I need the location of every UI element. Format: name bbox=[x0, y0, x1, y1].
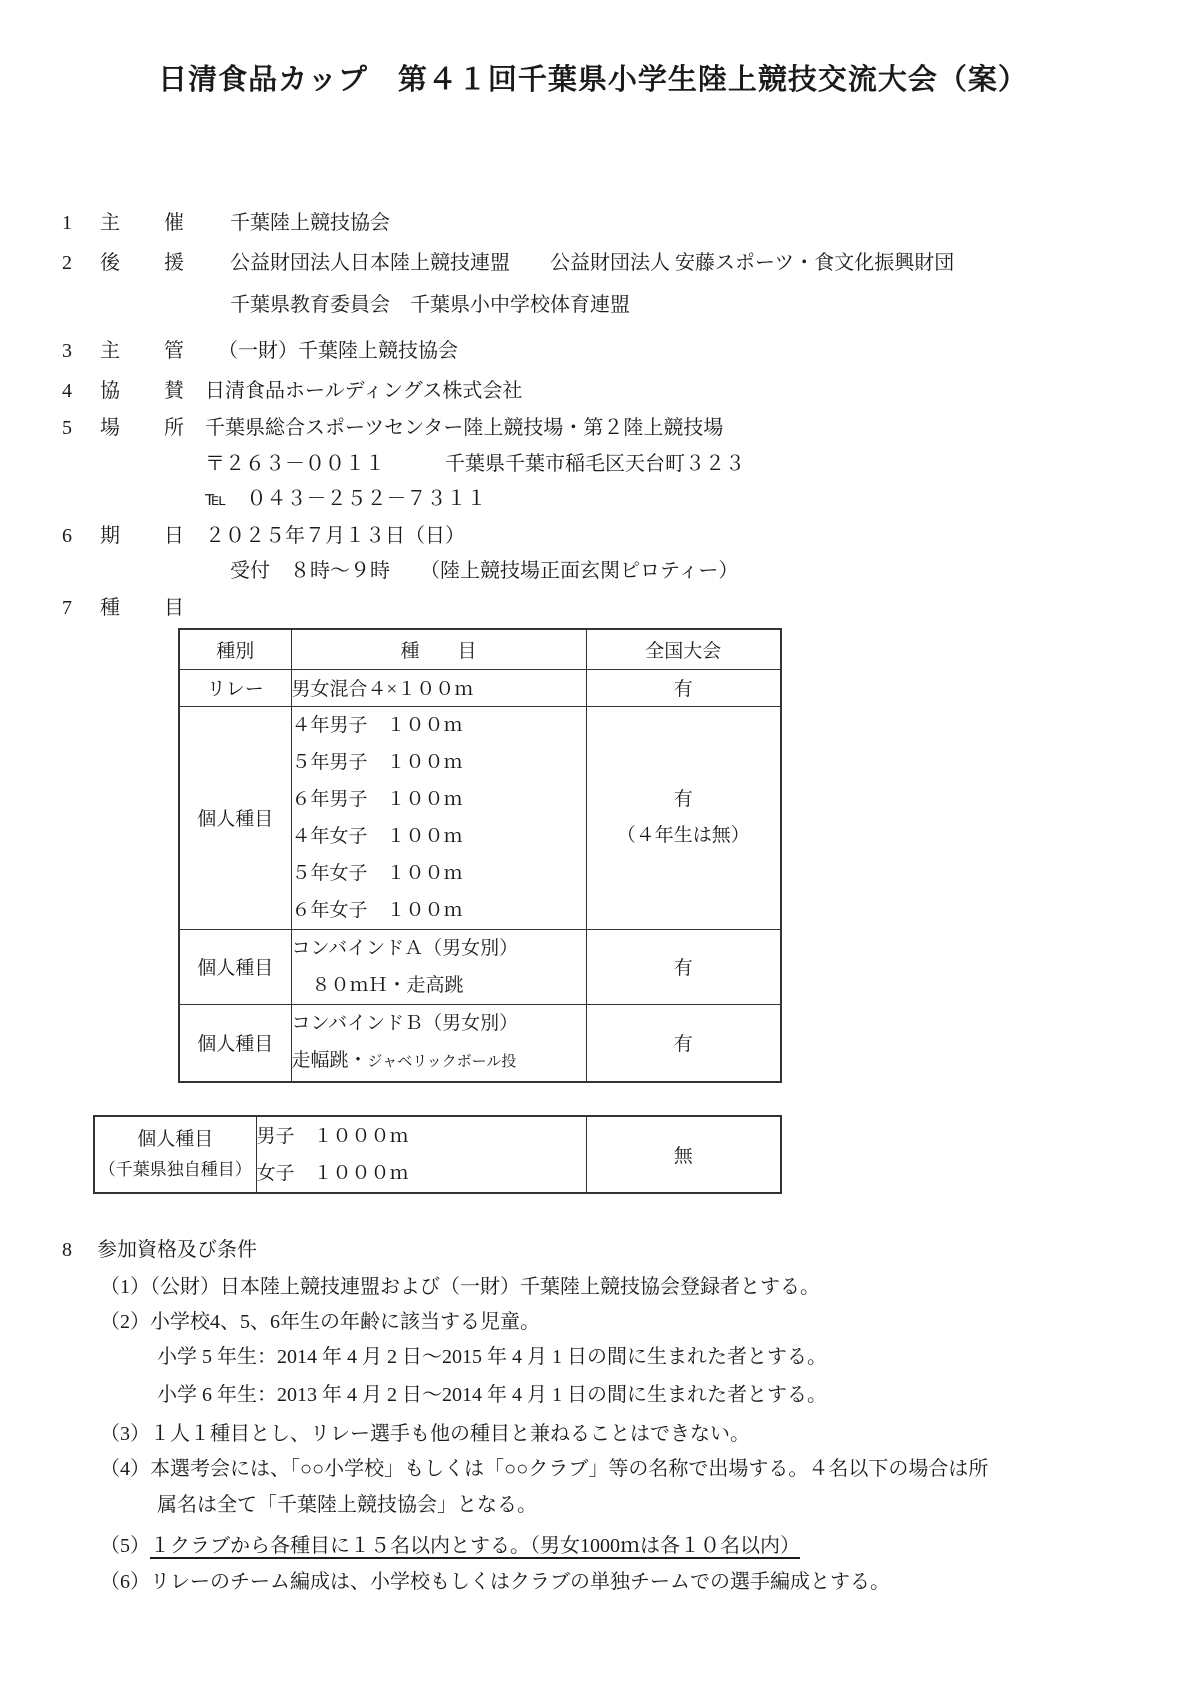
item-1-number: 1 bbox=[62, 210, 72, 236]
chiba-row: 個人種目 （千葉県独自種目） 男子 １０００ｍ 女子 １０００ｍ 無 bbox=[94, 1116, 781, 1193]
combined-a-events: コンバインドＡ（男女別） ８０ｍＨ・走高跳 bbox=[291, 929, 586, 1004]
condition-6: （6）リレーのチーム編成は、小学校もしくはクラブの単独チームでの選手編成とする。 bbox=[100, 1569, 890, 1595]
condition-1-text: （公財）日本陸上競技連盟および（一財）千葉陸上競技協会登録者とする。 bbox=[150, 1276, 820, 1298]
doc-title: 日清食品カップ 第４１回千葉県小学生陸上競技交流大会（案） bbox=[0, 57, 1186, 98]
item-6-label-1: 期 bbox=[100, 523, 120, 549]
chiba-event-girls: 女子 １０００ｍ bbox=[257, 1155, 586, 1192]
item-1-label-2: 催 bbox=[164, 210, 184, 236]
condition-6-text: リレーのチーム編成は、小学校もしくはクラブの単独チームでの選手編成とする。 bbox=[150, 1571, 890, 1593]
header-national: 全国大会 bbox=[586, 629, 781, 669]
header-category: 種別 bbox=[179, 629, 291, 669]
chiba-category: 個人種目 bbox=[95, 1125, 256, 1155]
events-table-header-row: 種別 種 目 全国大会 bbox=[179, 629, 781, 669]
combined-b-line1: コンバインドＢ（男女別） bbox=[292, 1005, 586, 1042]
item-5-label-1: 場 bbox=[100, 415, 120, 441]
sprint-event: ６年女子 １００ｍ bbox=[292, 892, 586, 929]
item-2-label-1: 後 bbox=[100, 250, 120, 276]
chiba-category-cell: 個人種目 （千葉県独自種目） bbox=[94, 1116, 256, 1193]
condition-1-marker: （1） bbox=[100, 1276, 150, 1298]
condition-3-text: １人１種目とし、リレー選手も他の種目と兼ねることはできない。 bbox=[150, 1423, 750, 1445]
relay-event: 男女混合４×１００ｍ bbox=[291, 669, 586, 706]
sprint-event: ６年男子 １００ｍ bbox=[292, 781, 586, 818]
condition-1: （1）（公財）日本陸上競技連盟および（一財）千葉陸上競技協会登録者とする。 bbox=[100, 1274, 820, 1300]
condition-6-marker: （6） bbox=[100, 1571, 150, 1593]
condition-2: （2）小学校4、5、6年生の年齢に該当する児童。 bbox=[100, 1309, 540, 1335]
condition-2-text: 小学校4、5、6年生の年齢に該当する児童。 bbox=[150, 1311, 540, 1333]
sprints-category: 個人種目 bbox=[179, 706, 291, 929]
combined-a-line2: ８０ｍＨ・走高跳 bbox=[292, 967, 586, 1004]
item-5-address: 〒２６３－００１１ 千葉県千葉市稲毛区天台町３２３ bbox=[205, 451, 745, 477]
sprint-event: ５年男子 １００ｍ bbox=[292, 744, 586, 781]
condition-4-continuation: 属名は全て「千葉陸上競技協会」となる。 bbox=[157, 1492, 537, 1518]
relay-national: 有 bbox=[586, 669, 781, 706]
item-2-number: 2 bbox=[62, 250, 72, 276]
document-page: 日清食品カップ 第４１回千葉県小学生陸上競技交流大会（案） 1 主 催 千葉陸上… bbox=[0, 0, 1186, 1691]
item-7-number: 7 bbox=[62, 595, 72, 621]
item-1-value: 千葉陸上競技協会 bbox=[230, 210, 390, 236]
chiba-event-boys: 男子 １０００ｍ bbox=[257, 1118, 586, 1155]
sprints-events: ４年男子 １００ｍ ５年男子 １００ｍ ６年男子 １００ｍ ４年女子 １００ｍ … bbox=[291, 706, 586, 929]
combined-b-line2: 走幅跳・ジャベリックボール投 bbox=[292, 1042, 586, 1081]
combined-b-line2-main: 走幅跳・ bbox=[292, 1050, 368, 1071]
item-1-label-1: 主 bbox=[100, 210, 120, 236]
combined-a-row: 個人種目 コンバインドＡ（男女別） ８０ｍＨ・走高跳 有 bbox=[179, 929, 781, 1004]
condition-5-text: １クラブから各種目に１５名以内とする。（男女1000ｍは各１０名以内） bbox=[150, 1535, 800, 1557]
item-7-label-1: 種 bbox=[100, 595, 120, 621]
combined-a-category: 個人種目 bbox=[179, 929, 291, 1004]
item-3-label-1: 主 bbox=[100, 338, 120, 364]
sprint-event: ５年女子 １００ｍ bbox=[292, 855, 586, 892]
relay-category: リレー bbox=[179, 669, 291, 706]
events-table: 種別 種 目 全国大会 リレー 男女混合４×１００ｍ 有 個人種目 ４年男子 １… bbox=[178, 628, 782, 1083]
condition-4-marker: （4） bbox=[100, 1458, 150, 1480]
item-2-label-2: 援 bbox=[164, 250, 184, 276]
item-3-value: （一財）千葉陸上競技協会 bbox=[218, 338, 458, 364]
chiba-events-table: 個人種目 （千葉県独自種目） 男子 １０００ｍ 女子 １０００ｍ 無 bbox=[93, 1115, 782, 1194]
sprints-national: 有 bbox=[587, 782, 781, 818]
item-3-number: 3 bbox=[62, 338, 72, 364]
item-5-label-2: 所 bbox=[164, 415, 184, 441]
combined-b-category: 個人種目 bbox=[179, 1004, 291, 1082]
item-4-value: 日清食品ホールディングス株式会社 bbox=[205, 378, 522, 404]
combined-a-national: 有 bbox=[586, 929, 781, 1004]
item-2-value: 公益財団法人日本陸上競技連盟 公益財団法人 安藤スポーツ・食文化振興財団 bbox=[230, 250, 954, 276]
sprints-national-note: （４年生は無） bbox=[587, 818, 781, 854]
sprints-row: 個人種目 ４年男子 １００ｍ ５年男子 １００ｍ ６年男子 １００ｍ ４年女子 … bbox=[179, 706, 781, 929]
section-8-heading: 参加資格及び条件 bbox=[97, 1237, 257, 1263]
relay-row: リレー 男女混合４×１００ｍ 有 bbox=[179, 669, 781, 706]
item-6-label-2: 日 bbox=[164, 523, 184, 549]
condition-5-marker: （5） bbox=[100, 1535, 150, 1557]
condition-4-text: 本選考会には、「○○小学校」もしくは「○○クラブ」等の名称で出場する。４名以下の… bbox=[150, 1458, 988, 1480]
item-5-phone: ℡ ０４３－２５２－７３１１ bbox=[205, 486, 486, 512]
item-6-number: 6 bbox=[62, 523, 72, 549]
section-8-number: 8 bbox=[62, 1237, 72, 1263]
item-6-value: ２０２５年７月１３日（日） bbox=[205, 523, 465, 549]
sprint-event: ４年女子 １００ｍ bbox=[292, 818, 586, 855]
chiba-national: 無 bbox=[586, 1116, 781, 1193]
item-6-reception: 受付 ８時～９時 （陸上競技場正面玄関ピロティー） bbox=[230, 558, 738, 584]
item-2-value-line-2: 千葉県教育委員会 千葉県小中学校体育連盟 bbox=[230, 292, 630, 318]
condition-2-marker: （2） bbox=[100, 1311, 150, 1333]
item-5-value: 千葉県総合スポーツセンター陸上競技場・第２陸上競技場 bbox=[205, 415, 723, 441]
combined-b-national: 有 bbox=[586, 1004, 781, 1082]
chiba-category-note: （千葉県独自種目） bbox=[95, 1155, 256, 1185]
sprints-national-cell: 有 （４年生は無） bbox=[586, 706, 781, 929]
condition-4: （4）本選考会には、「○○小学校」もしくは「○○クラブ」等の名称で出場する。４名… bbox=[100, 1456, 988, 1482]
item-5-number: 5 bbox=[62, 415, 72, 441]
sprint-event: ４年男子 １００ｍ bbox=[292, 707, 586, 744]
condition-3-marker: （3） bbox=[100, 1423, 150, 1445]
item-4-number: 4 bbox=[62, 378, 72, 404]
combined-b-events: コンバインドＢ（男女別） 走幅跳・ジャベリックボール投 bbox=[291, 1004, 586, 1082]
header-event: 種 目 bbox=[291, 629, 586, 669]
combined-a-line1: コンバインドＡ（男女別） bbox=[292, 930, 586, 967]
chiba-events: 男子 １０００ｍ 女子 １０００ｍ bbox=[256, 1116, 586, 1193]
condition-3: （3）１人１種目とし、リレー選手も他の種目と兼ねることはできない。 bbox=[100, 1421, 750, 1447]
item-4-label-2: 賛 bbox=[164, 378, 184, 404]
condition-2-sub-1: 小学 5 年生：2014 年 4 月 2 日～2015 年 4 月 1 日の間に… bbox=[157, 1344, 827, 1370]
condition-5: （5）１クラブから各種目に１５名以内とする。（男女1000ｍは各１０名以内） bbox=[100, 1533, 800, 1559]
item-3-label-2: 管 bbox=[164, 338, 184, 364]
condition-2-sub-2: 小学 6 年生：2013 年 4 月 2 日～2014 年 4 月 1 日の間に… bbox=[157, 1382, 827, 1408]
item-4-label-1: 協 bbox=[100, 378, 120, 404]
combined-b-row: 個人種目 コンバインドＢ（男女別） 走幅跳・ジャベリックボール投 有 bbox=[179, 1004, 781, 1082]
combined-b-line2-small: ジャベリックボール投 bbox=[368, 1054, 517, 1070]
item-7-label-2: 目 bbox=[164, 595, 184, 621]
